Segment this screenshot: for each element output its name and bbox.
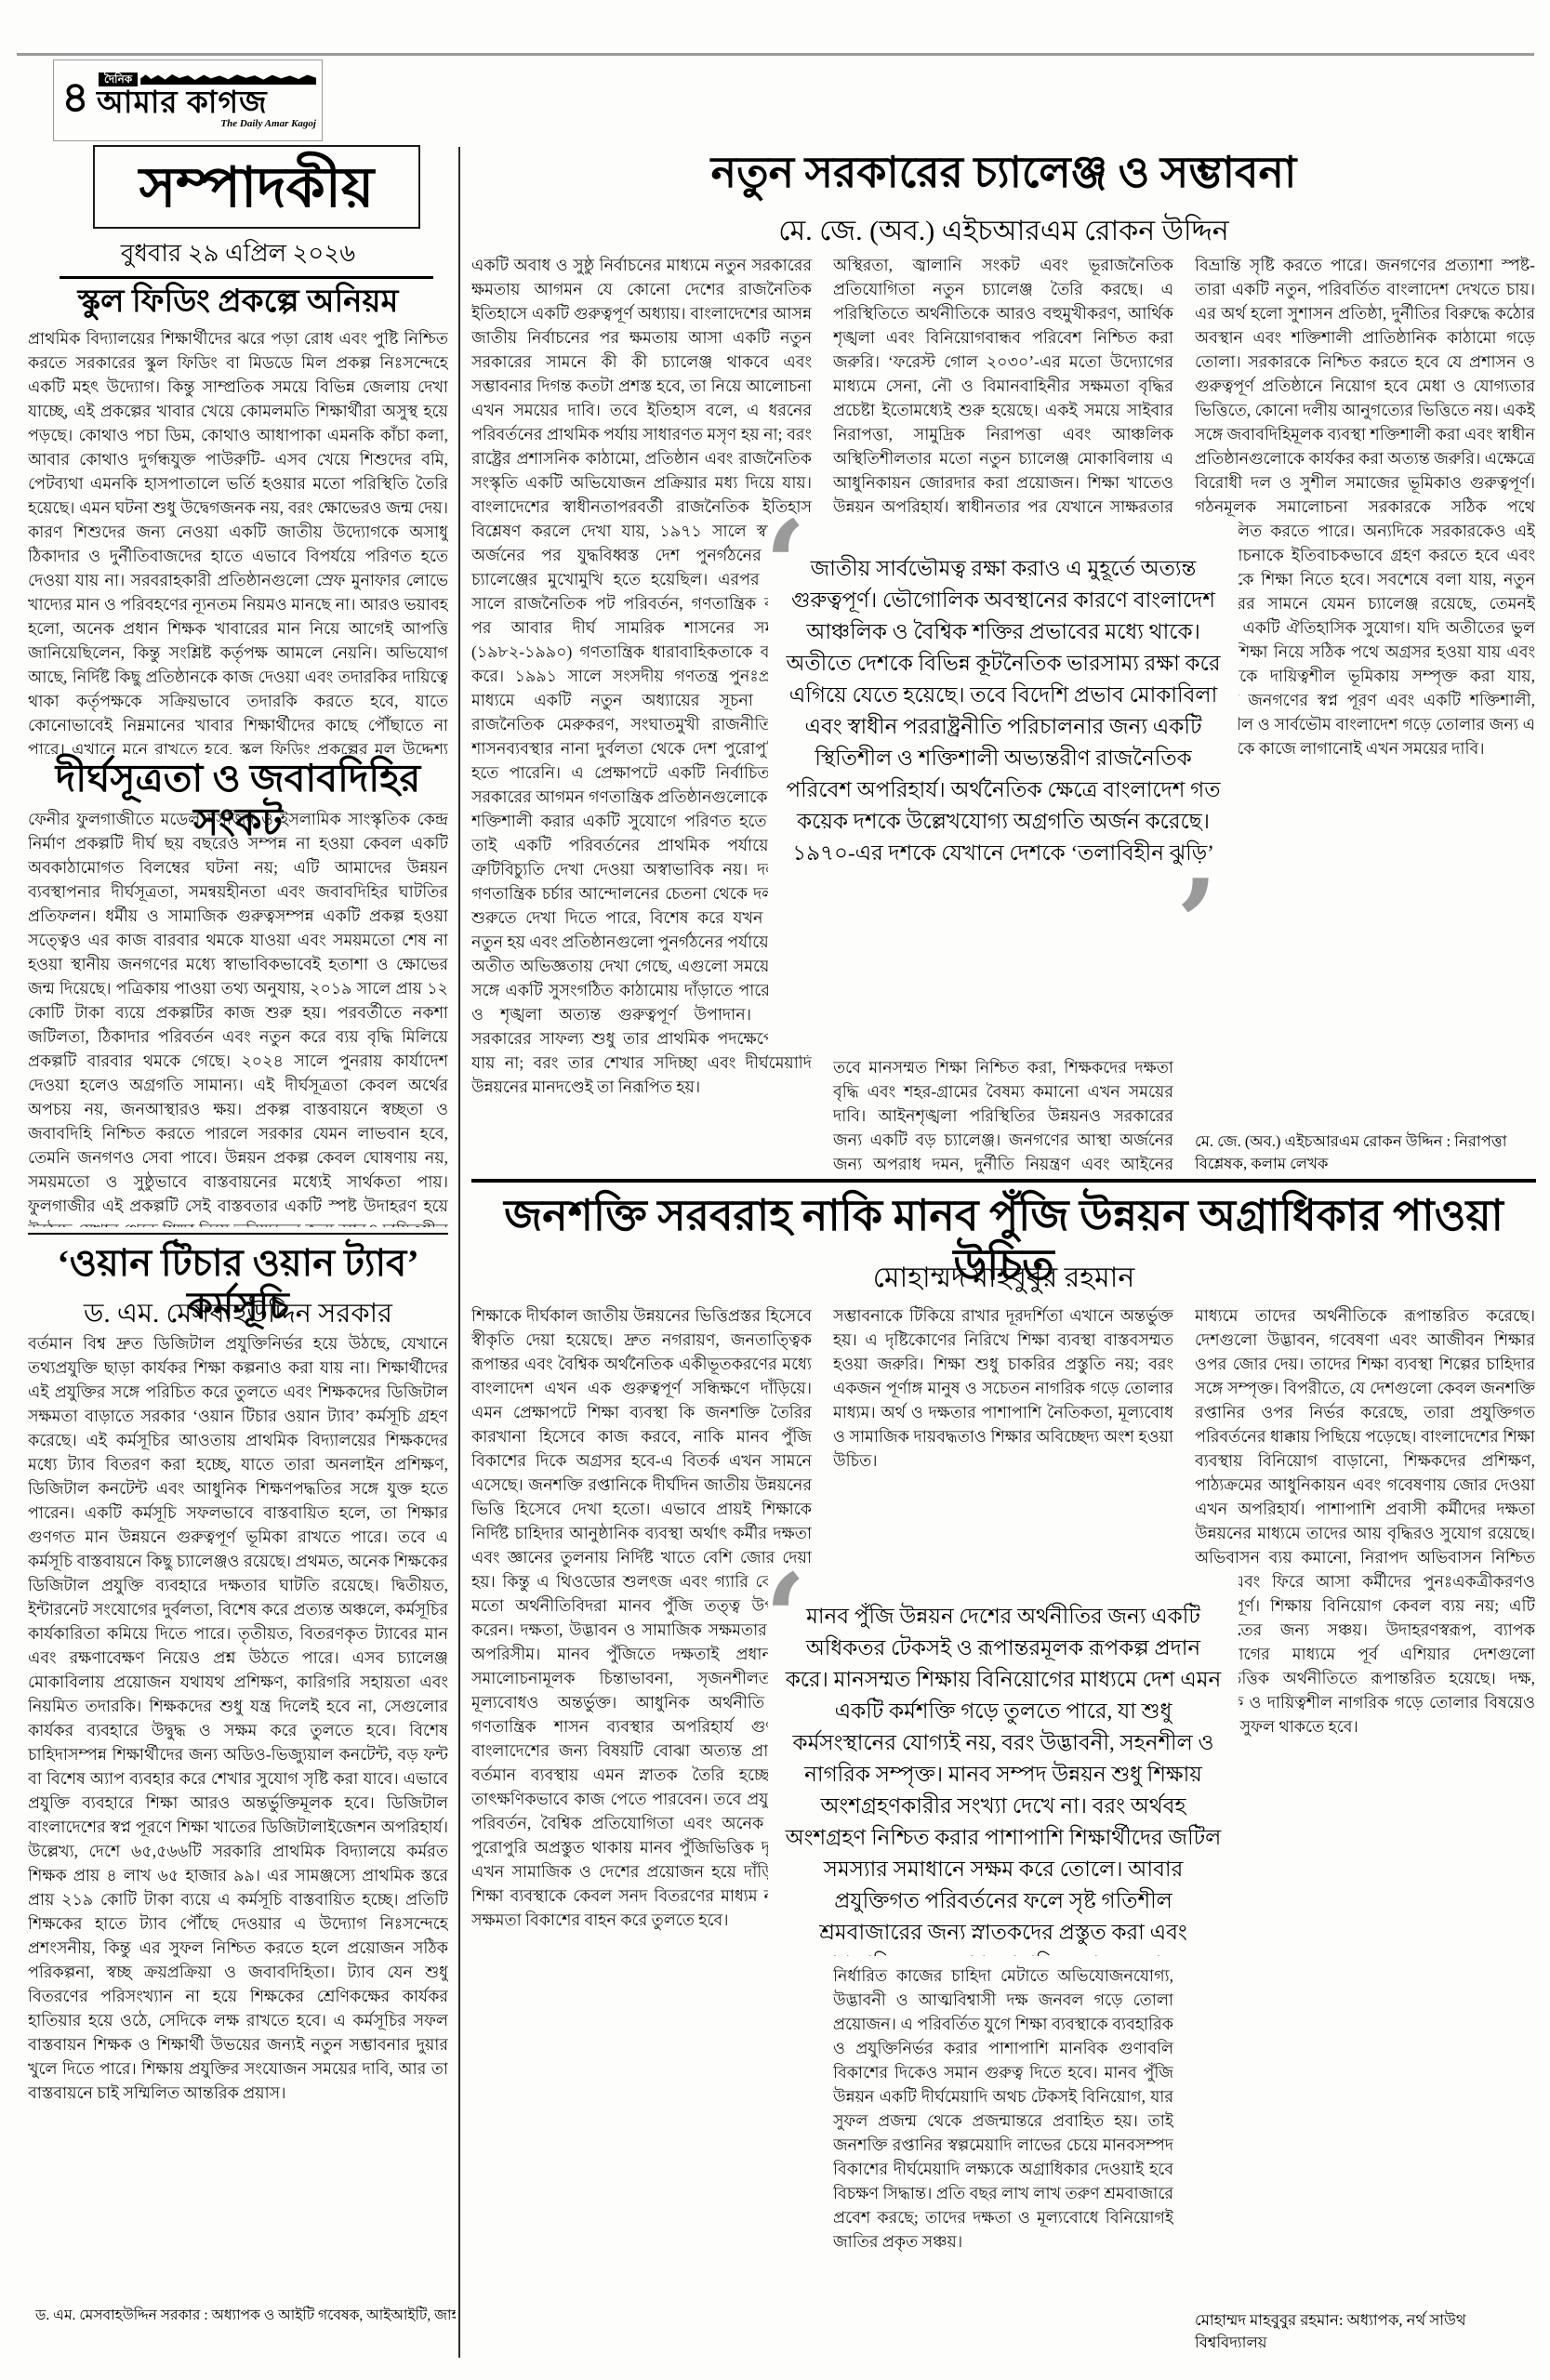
oped1-col2-bottom-text: তবে মানসম্মত শিক্ষা নিশ্চিত করা, শিক্ষকদ… — [833, 1055, 1173, 1175]
oped2-col1-text: শিক্ষাকে দীর্ঘকাল জাতীয় উন্নয়নের ভিত্ত… — [471, 1303, 812, 2354]
column-divider — [458, 147, 460, 2358]
date-rule — [60, 276, 433, 279]
oped2-pull-quote-text: মানব পুঁজি উন্নয়ন দেশের অর্থনীতির জন্য … — [783, 1569, 1224, 1956]
oped2-column-2: সম্ভাবনাকে টিকিয়ে রাখার দূরদর্শিতা এখান… — [833, 1303, 1173, 2354]
editorial-section-title: সম্পাদকীয় — [93, 145, 420, 229]
oped1-pull-quote-text: জাতীয় সার্বভৌমত্ব রক্ষা করাও এ মুহূর্তে… — [783, 518, 1224, 866]
oped1-author-bio: মে. জে. (অব.) এইচআরএম রোকন উদ্দিন : নিরা… — [1195, 1130, 1535, 1175]
logo-title: আমার কাগজ — [97, 86, 316, 121]
oped1-column-3: বিভ্রান্তি সৃষ্টি করতে পারে। জনগণের প্রত… — [1195, 253, 1535, 1175]
logo-zigzag-decoration — [140, 73, 316, 85]
article3-body: বর্তমান বিশ্ব দ্রুত ডিজিটাল প্রযুক্তিনির… — [28, 1331, 448, 2298]
oped1-col1-text: একটি অবাধ ও সুষ্ঠু নির্বাচনের মাধ্যমে নত… — [471, 253, 812, 1175]
page-number: ৪ — [54, 65, 97, 136]
oped1-col2-top-text: অস্থিরতা, জ্বালানি সংকট এবং ভূরাজনৈতিক প… — [833, 253, 1173, 518]
oped2-column-1: শিক্ষাকে দীর্ঘকাল জাতীয় উন্নয়নের ভিত্ত… — [471, 1303, 812, 2354]
oped2-column-3: মাধ্যমে তাদের অর্থনীতিকে রূপান্তরিত করেছ… — [1195, 1303, 1535, 2354]
oped2-body: শিক্ষাকে দীর্ঘকাল জাতীয় উন্নয়নের ভিত্ত… — [471, 1303, 1536, 2354]
oped1-byline: মে. জে. (অব.) এইচআরএম রোকন উদ্দিন — [471, 208, 1536, 256]
article1-body: প্রাথমিক বিদ্যালয়ের শিক্ষার্থীদের ঝরে প… — [28, 326, 448, 754]
article2-body: ফেনীর ফুলগাজীতে মডেল মসজিদ ও ইসলামিক সাং… — [28, 807, 448, 1227]
oped2-col2-top-text: সম্ভাবনাকে টিকিয়ে রাখার দূরদর্শিতা এখান… — [833, 1303, 1173, 1569]
daily-tag: দৈনিক — [99, 73, 138, 86]
oped1-column-2: অস্থিরতা, জ্বালানি সংকট এবং ভূরাজনৈতিক প… — [833, 253, 1173, 1175]
oped1-headline: নতুন সরকারের চ্যালেঞ্জ ও সম্ভাবনা — [471, 149, 1536, 198]
oped2-author-bio: মোহাম্মদ মাহবুবুর রহমান: অধ্যাপক, নর্থ স… — [1195, 2309, 1535, 2354]
open-quote-icon: ‘ — [768, 518, 806, 626]
oped1-pull-quote: ‘ জাতীয় সার্বভৌমত্ব রক্ষা করাও এ মুহূর্… — [768, 518, 1239, 1055]
newspaper-logo: দৈনিক আমার কাগজ The Daily Amar Kagoj — [97, 73, 322, 129]
oped2-pull-quote: ‘ মানব পুঁজি উন্নয়ন দেশের অর্থনীতির জন্… — [768, 1569, 1239, 1963]
oped-separator-rule — [471, 1179, 1536, 1183]
newspaper-page: ৪ দৈনিক আমার কাগজ The Daily Amar Kagoj স… — [0, 0, 1550, 2380]
article1-headline: স্কুল ফিডিং প্রকল্পে অনিয়ম — [28, 284, 448, 320]
oped2-col3-text: মাধ্যমে তাদের অর্থনীতিকে রূপান্তরিত করেছ… — [1195, 1303, 1535, 1739]
close-quote-icon: ’ — [1176, 864, 1218, 985]
top-rule — [17, 53, 1534, 56]
oped1-body: একটি অবাধ ও সুষ্ঠু নির্বাচনের মাধ্যমে নত… — [471, 253, 1536, 1175]
article3-author-bio: ড. এম. মেসবাহউদ্দিন সরকার : অধ্যাপক ও আই… — [35, 2306, 456, 2326]
open-quote-icon: ‘ — [768, 1569, 806, 1679]
oped1-col3-text: বিভ্রান্তি সৃষ্টি করতে পারে। জনগণের প্রত… — [1195, 253, 1535, 760]
oped1-column-1: একটি অবাধ ও সুষ্ঠু নির্বাচনের মাধ্যমে নত… — [471, 253, 812, 1175]
oped2-col2-bottom-text: নির্ধারিত কাজের চাহিদা মেটাতে অভিযোজনযোগ… — [833, 1963, 1173, 2354]
oped2-byline: মোহাম্মদ মাহবুবুর রহমান — [471, 1255, 1536, 1302]
article3-top-rule — [28, 1233, 448, 1235]
masthead: ৪ দৈনিক আমার কাগজ The Daily Amar Kagoj — [53, 59, 323, 141]
editorial-date: বুধবার ২৯ এপ্রিল ২০২৬ — [28, 234, 448, 275]
